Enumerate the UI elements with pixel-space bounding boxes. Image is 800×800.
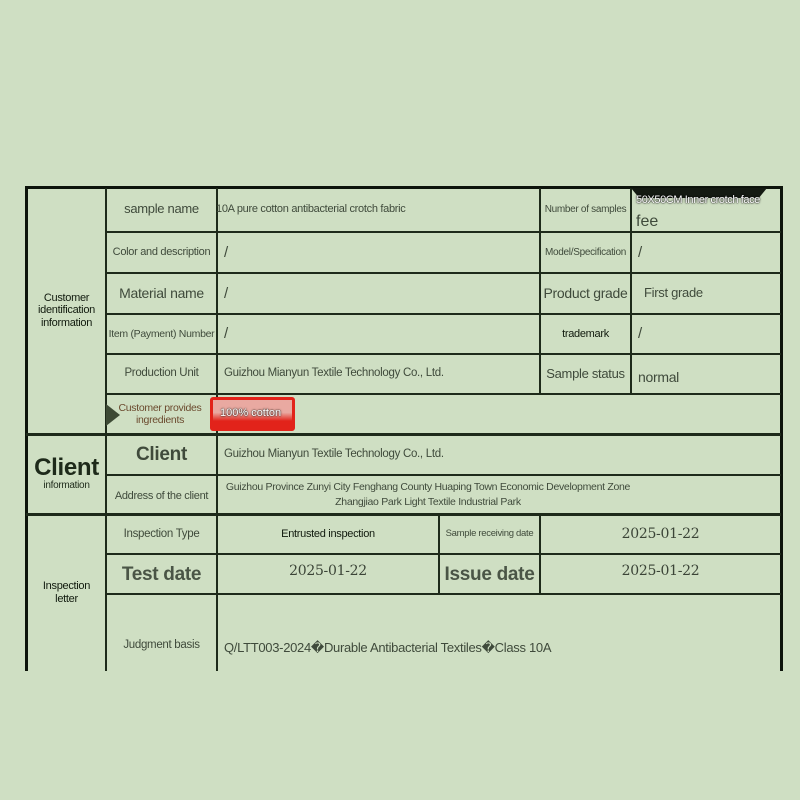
label-sample-name: sample name xyxy=(107,188,216,231)
value-model-spec: / xyxy=(632,233,780,272)
label-issue-date: Issue date xyxy=(440,556,539,593)
value-ingredients: 100% cotton xyxy=(220,407,281,419)
value-trademark-text: / xyxy=(638,325,642,342)
label-color-description-text: Color and description xyxy=(113,246,211,259)
label-sample-status: Sample status xyxy=(541,355,630,393)
label-number-of-samples: Number of samples xyxy=(541,188,630,231)
label-material-name-text: Material name xyxy=(119,285,204,301)
label-inspection-type: Inspection Type xyxy=(107,516,216,553)
label-judgment-basis: Judgment basis xyxy=(107,628,216,664)
label-trademark: trademark xyxy=(541,315,630,353)
value-issue-date: 2025-01-22 xyxy=(541,553,780,590)
value-item-number-text: / xyxy=(224,325,228,342)
value-sample-status: normal xyxy=(632,358,780,396)
label-client-address-text: Address of the client xyxy=(115,490,208,503)
value-client-address: Guizhou Province Zunyi City Fenghang Cou… xyxy=(218,476,638,513)
value-sample-receiving-date-text: 2025-01-22 xyxy=(622,526,700,542)
label-test-date-text: Test date xyxy=(122,564,201,586)
value-trademark: / xyxy=(632,315,780,353)
value-item-number: / xyxy=(218,315,539,353)
value-client: Guizhou Mianyun Textile Technology Co., … xyxy=(218,436,780,474)
label-ingredients: Customer provides ingredients xyxy=(112,395,208,433)
label-client-address: Address of the client xyxy=(107,476,216,513)
label-sample-name-text: sample name xyxy=(124,202,199,217)
label-inspection-type-text: Inspection Type xyxy=(124,528,200,541)
value-judgment-basis: Q/LTT003-2024�Durable Antibacterial Text… xyxy=(218,630,780,666)
section-client-small: information xyxy=(43,480,89,492)
value-number-of-samples-line1: 50X50CM Inner crotch face xyxy=(636,194,760,206)
section-customer-identification: Customer identification information xyxy=(28,188,105,433)
label-sample-receiving-date: Sample receiving date xyxy=(440,516,539,553)
label-color-description: Color and description xyxy=(107,233,216,272)
value-sample-name: 10A pure cotton antibacterial crotch fab… xyxy=(210,188,539,231)
label-product-grade-text: Product grade xyxy=(543,285,627,301)
label-issue-date-text: Issue date xyxy=(445,564,535,586)
value-test-date-text: 2025-01-22 xyxy=(289,563,367,579)
label-model-spec-text: Model/Specification xyxy=(545,247,626,259)
value-material-name-text: / xyxy=(224,285,228,302)
label-client: Client xyxy=(107,436,216,474)
label-item-number: Item (Payment) Number xyxy=(107,315,216,353)
value-sample-receiving-date: 2025-01-22 xyxy=(541,516,780,553)
value-inspection-type: Entrusted inspection xyxy=(218,516,438,553)
value-client-address-line1: Guizhou Province Zunyi City Fenghang Cou… xyxy=(226,481,630,493)
label-sample-receiving-date-text: Sample receiving date xyxy=(446,529,534,540)
label-test-date: Test date xyxy=(107,556,216,593)
value-production-unit-text: Guizhou Mianyun Textile Technology Co., … xyxy=(224,367,444,380)
value-material-name: / xyxy=(218,274,539,313)
label-ingredients-text: Customer provides ingredients xyxy=(112,402,208,426)
section-client-information: Client information xyxy=(28,435,105,513)
label-production-unit: Production Unit xyxy=(107,355,216,393)
label-item-number-text: Item (Payment) Number xyxy=(109,328,215,340)
label-product-grade: Product grade xyxy=(541,274,630,313)
table-right-border xyxy=(780,186,783,671)
value-issue-date-text: 2025-01-22 xyxy=(622,563,700,579)
value-model-spec-text: / xyxy=(638,244,642,261)
label-model-spec: Model/Specification xyxy=(541,233,630,272)
value-product-grade: First grade xyxy=(638,274,780,313)
value-number-of-samples-line2: fee xyxy=(636,213,658,231)
label-judgment-basis-text: Judgment basis xyxy=(123,639,199,652)
label-trademark-text: trademark xyxy=(562,328,609,341)
label-sample-status-text: Sample status xyxy=(546,367,624,382)
value-color-description-text: / xyxy=(224,244,228,261)
section-client-big: Client xyxy=(34,456,99,480)
label-production-unit-text: Production Unit xyxy=(124,367,198,380)
value-sample-name-text: 10A pure cotton antibacterial crotch fab… xyxy=(216,203,406,216)
value-client-address-line2: Zhangjiao Park Light Textile Industrial … xyxy=(335,496,521,508)
value-test-date: 2025-01-22 xyxy=(218,553,438,590)
label-material-name: Material name xyxy=(107,274,216,313)
value-client-text: Guizhou Mianyun Textile Technology Co., … xyxy=(224,448,444,461)
value-color-description: / xyxy=(218,233,539,272)
value-sample-status-text: normal xyxy=(638,369,679,385)
value-product-grade-text: First grade xyxy=(644,286,703,301)
section-inspection-label: Inspection letter xyxy=(42,580,91,605)
section-inspection-letter: Inspection letter xyxy=(28,515,105,670)
value-judgment-basis-text: Q/LTT003-2024�Durable Antibacterial Text… xyxy=(224,641,551,656)
value-production-unit: Guizhou Mianyun Textile Technology Co., … xyxy=(218,355,539,393)
label-client-text: Client xyxy=(136,444,187,466)
label-number-of-samples-text: Number of samples xyxy=(545,204,627,216)
section-customer-label: Customer identification information xyxy=(32,292,101,330)
row-divider xyxy=(106,593,781,595)
value-inspection-type-text: Entrusted inspection xyxy=(281,528,375,541)
